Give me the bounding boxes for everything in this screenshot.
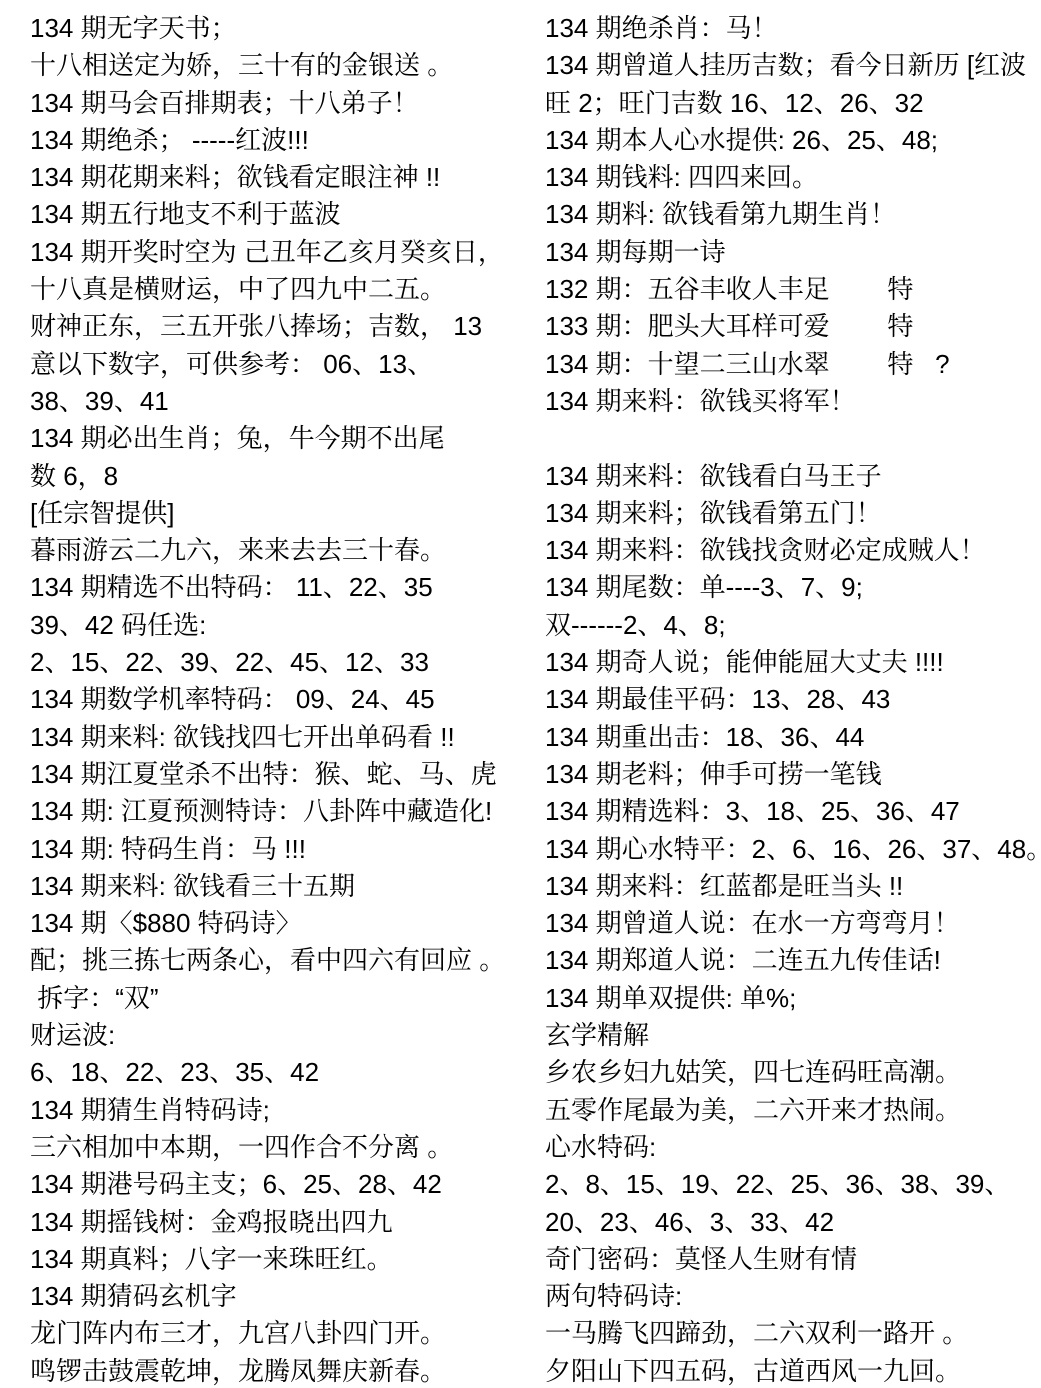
text-line: 134 期奇人说；能伸能屈大丈夫 !!!! <box>545 644 1041 681</box>
text-line: 134 期五行地支不利于蓝波 <box>30 196 535 233</box>
left-column: 134 期无字天书；十八相送定为娇，三十有的金银送 。134 期马会百排期表；十… <box>30 10 535 1388</box>
text-line: 134 期来料：欲钱找贪财必定成贼人！ <box>545 532 1041 569</box>
text-line: 鸣锣击鼓震乾坤，龙腾凤舞庆新春。 <box>30 1353 535 1388</box>
text-line: 134 期精选不出特码： 11、22、35 <box>30 569 535 606</box>
text-line: 133 期：肥头大耳样可爱 特 <box>545 308 1041 345</box>
text-line: 夕阳山下四五码，古道西风一九回。 <box>545 1353 1041 1388</box>
text-line: 134 期港号码主支；6、25、28、42 <box>30 1166 535 1203</box>
text-line: 134 期曾道人挂历吉数；看今日新历 [红波 <box>545 47 1041 84</box>
text-line: 134 期来料；欲钱看第五门！ <box>545 495 1041 532</box>
text-line: 玄学精解 <box>545 1017 1041 1054</box>
text-line: 财运波: <box>30 1017 535 1054</box>
text-line: 134 期重出击：18、36、44 <box>545 719 1041 756</box>
text-line: 134 期马会百排期表；十八弟子！ <box>30 85 535 122</box>
text-line: 134 期最佳平码：13、28、43 <box>545 681 1041 718</box>
text-line: 134 期: 特码生肖：马 !!! <box>30 831 535 868</box>
text-line: 134 期〈$880 特码诗〉 <box>30 905 535 942</box>
text-line: 134 期摇钱树：金鸡报晓出四九 <box>30 1204 535 1241</box>
text-line: 134 期来料: 欲钱找四七开出单码看 !! <box>30 719 535 756</box>
text-line: 奇门密码：莫怪人生财有情 <box>545 1241 1041 1278</box>
text-line: 134 期每期一诗 <box>545 234 1041 271</box>
text-line: 134 期绝杀肖：马！ <box>545 10 1041 47</box>
text-line: 134 期料: 欲钱看第九期生肖！ <box>545 196 1041 233</box>
text-line: 一马腾飞四蹄劲，二六双利一路开 。 <box>545 1315 1041 1352</box>
text-line: 134 期花期来料；欲钱看定眼注神 !! <box>30 159 535 196</box>
text-line: 134 期尾数：单----3、7、9; <box>545 569 1041 606</box>
text-line: 134 期猜码玄机字 <box>30 1278 535 1315</box>
text-line: 五零作尾最为美，二六开来才热闹。 <box>545 1092 1041 1129</box>
text-line: 134 期钱料: 四四来回。 <box>545 159 1041 196</box>
text-line: 134 期本人心水提供: 26、25、48; <box>545 122 1041 159</box>
text-line: 134 期来料: 欲钱看三十五期 <box>30 868 535 905</box>
text-line: 三六相加中本期，一四作合不分离 。 <box>30 1129 535 1166</box>
text-line: 134 期猜生肖特码诗; <box>30 1092 535 1129</box>
text-line: 134 期江夏堂杀不出特：猴、蛇、马、虎 <box>30 756 535 793</box>
text-line: 134 期: 江夏预测特诗：八卦阵中藏造化! <box>30 793 535 830</box>
text-line: 意以下数字，可供参考： 06、13、 <box>30 346 535 383</box>
text-line: 134 期单双提供: 单%; <box>545 980 1041 1017</box>
text-line: 134 期来料：欲钱买将军！ <box>545 383 1041 420</box>
text-line <box>545 420 1041 457</box>
text-line: 134 期必出生肖；兔，牛今期不出尾 <box>30 420 535 457</box>
document-page: 134 期无字天书；十八相送定为娇，三十有的金银送 。134 期马会百排期表；十… <box>0 0 1041 1388</box>
text-line: 财神正东，三五开张八捧场；吉数， 13 <box>30 308 535 345</box>
text-line: 两句特码诗: <box>545 1278 1041 1315</box>
text-line: 134 期无字天书； <box>30 10 535 47</box>
text-line: 2、8、15、19、22、25、36、38、39、 <box>545 1166 1041 1203</box>
text-line: 心水特码: <box>545 1129 1041 1166</box>
text-line: 134 期郑道人说：二连五九传佳话! <box>545 942 1041 979</box>
text-line: 134 期：十望二三山水翠 特 ? <box>545 346 1041 383</box>
text-line: 134 期来料：欲钱看白马王子 <box>545 458 1041 495</box>
text-line: 134 期开奖时空为 己丑年乙亥月癸亥日， <box>30 234 535 271</box>
text-line: 6、18、22、23、35、42 <box>30 1054 535 1091</box>
text-line: 134 期真料；八字一来珠旺红。 <box>30 1241 535 1278</box>
text-line: 暮雨游云二九六，来来去去三十春。 <box>30 532 535 569</box>
text-line: 龙门阵内布三才，九宫八卦四门开。 <box>30 1315 535 1352</box>
text-line: 134 期曾道人说：在水一方弯弯月！ <box>545 905 1041 942</box>
text-line: [任宗智提供] <box>30 495 535 532</box>
text-line: 134 期老料；伸手可捞一笔钱 <box>545 756 1041 793</box>
text-line: 数 6，8 <box>30 458 535 495</box>
text-line: 配；挑三拣七两条心，看中四六有回应 。 <box>30 942 535 979</box>
text-line: 十八相送定为娇，三十有的金银送 。 <box>30 47 535 84</box>
text-line: 132 期：五谷丰收人丰足 特 <box>545 271 1041 308</box>
text-line: 2、15、22、39、22、45、12、33 <box>30 644 535 681</box>
text-line: 20、23、46、3、33、42 <box>545 1204 1041 1241</box>
text-line: 134 期心水特平：2、6、16、26、37、48。 <box>545 831 1041 868</box>
text-line: 134 期绝杀； -----红波!!! <box>30 122 535 159</box>
text-line: 134 期精选料：3、18、25、36、47 <box>545 793 1041 830</box>
text-line: 双------2、4、8; <box>545 607 1041 644</box>
text-line: 十八真是横财运，中了四九中二五。 <box>30 271 535 308</box>
right-column: 134 期绝杀肖：马！134 期曾道人挂历吉数；看今日新历 [红波旺 2；旺门吉… <box>545 10 1041 1388</box>
text-line: 拆字：“双” <box>30 980 535 1017</box>
text-line: 39、42 码任选: <box>30 607 535 644</box>
text-line: 乡农乡妇九姑笑，四七连码旺高潮。 <box>545 1054 1041 1091</box>
text-line: 旺 2；旺门吉数 16、12、26、32 <box>545 85 1041 122</box>
text-line: 134 期数学机率特码： 09、24、45 <box>30 681 535 718</box>
text-line: 134 期来料：红蓝都是旺当头 !! <box>545 868 1041 905</box>
text-line: 38、39、41 <box>30 383 535 420</box>
